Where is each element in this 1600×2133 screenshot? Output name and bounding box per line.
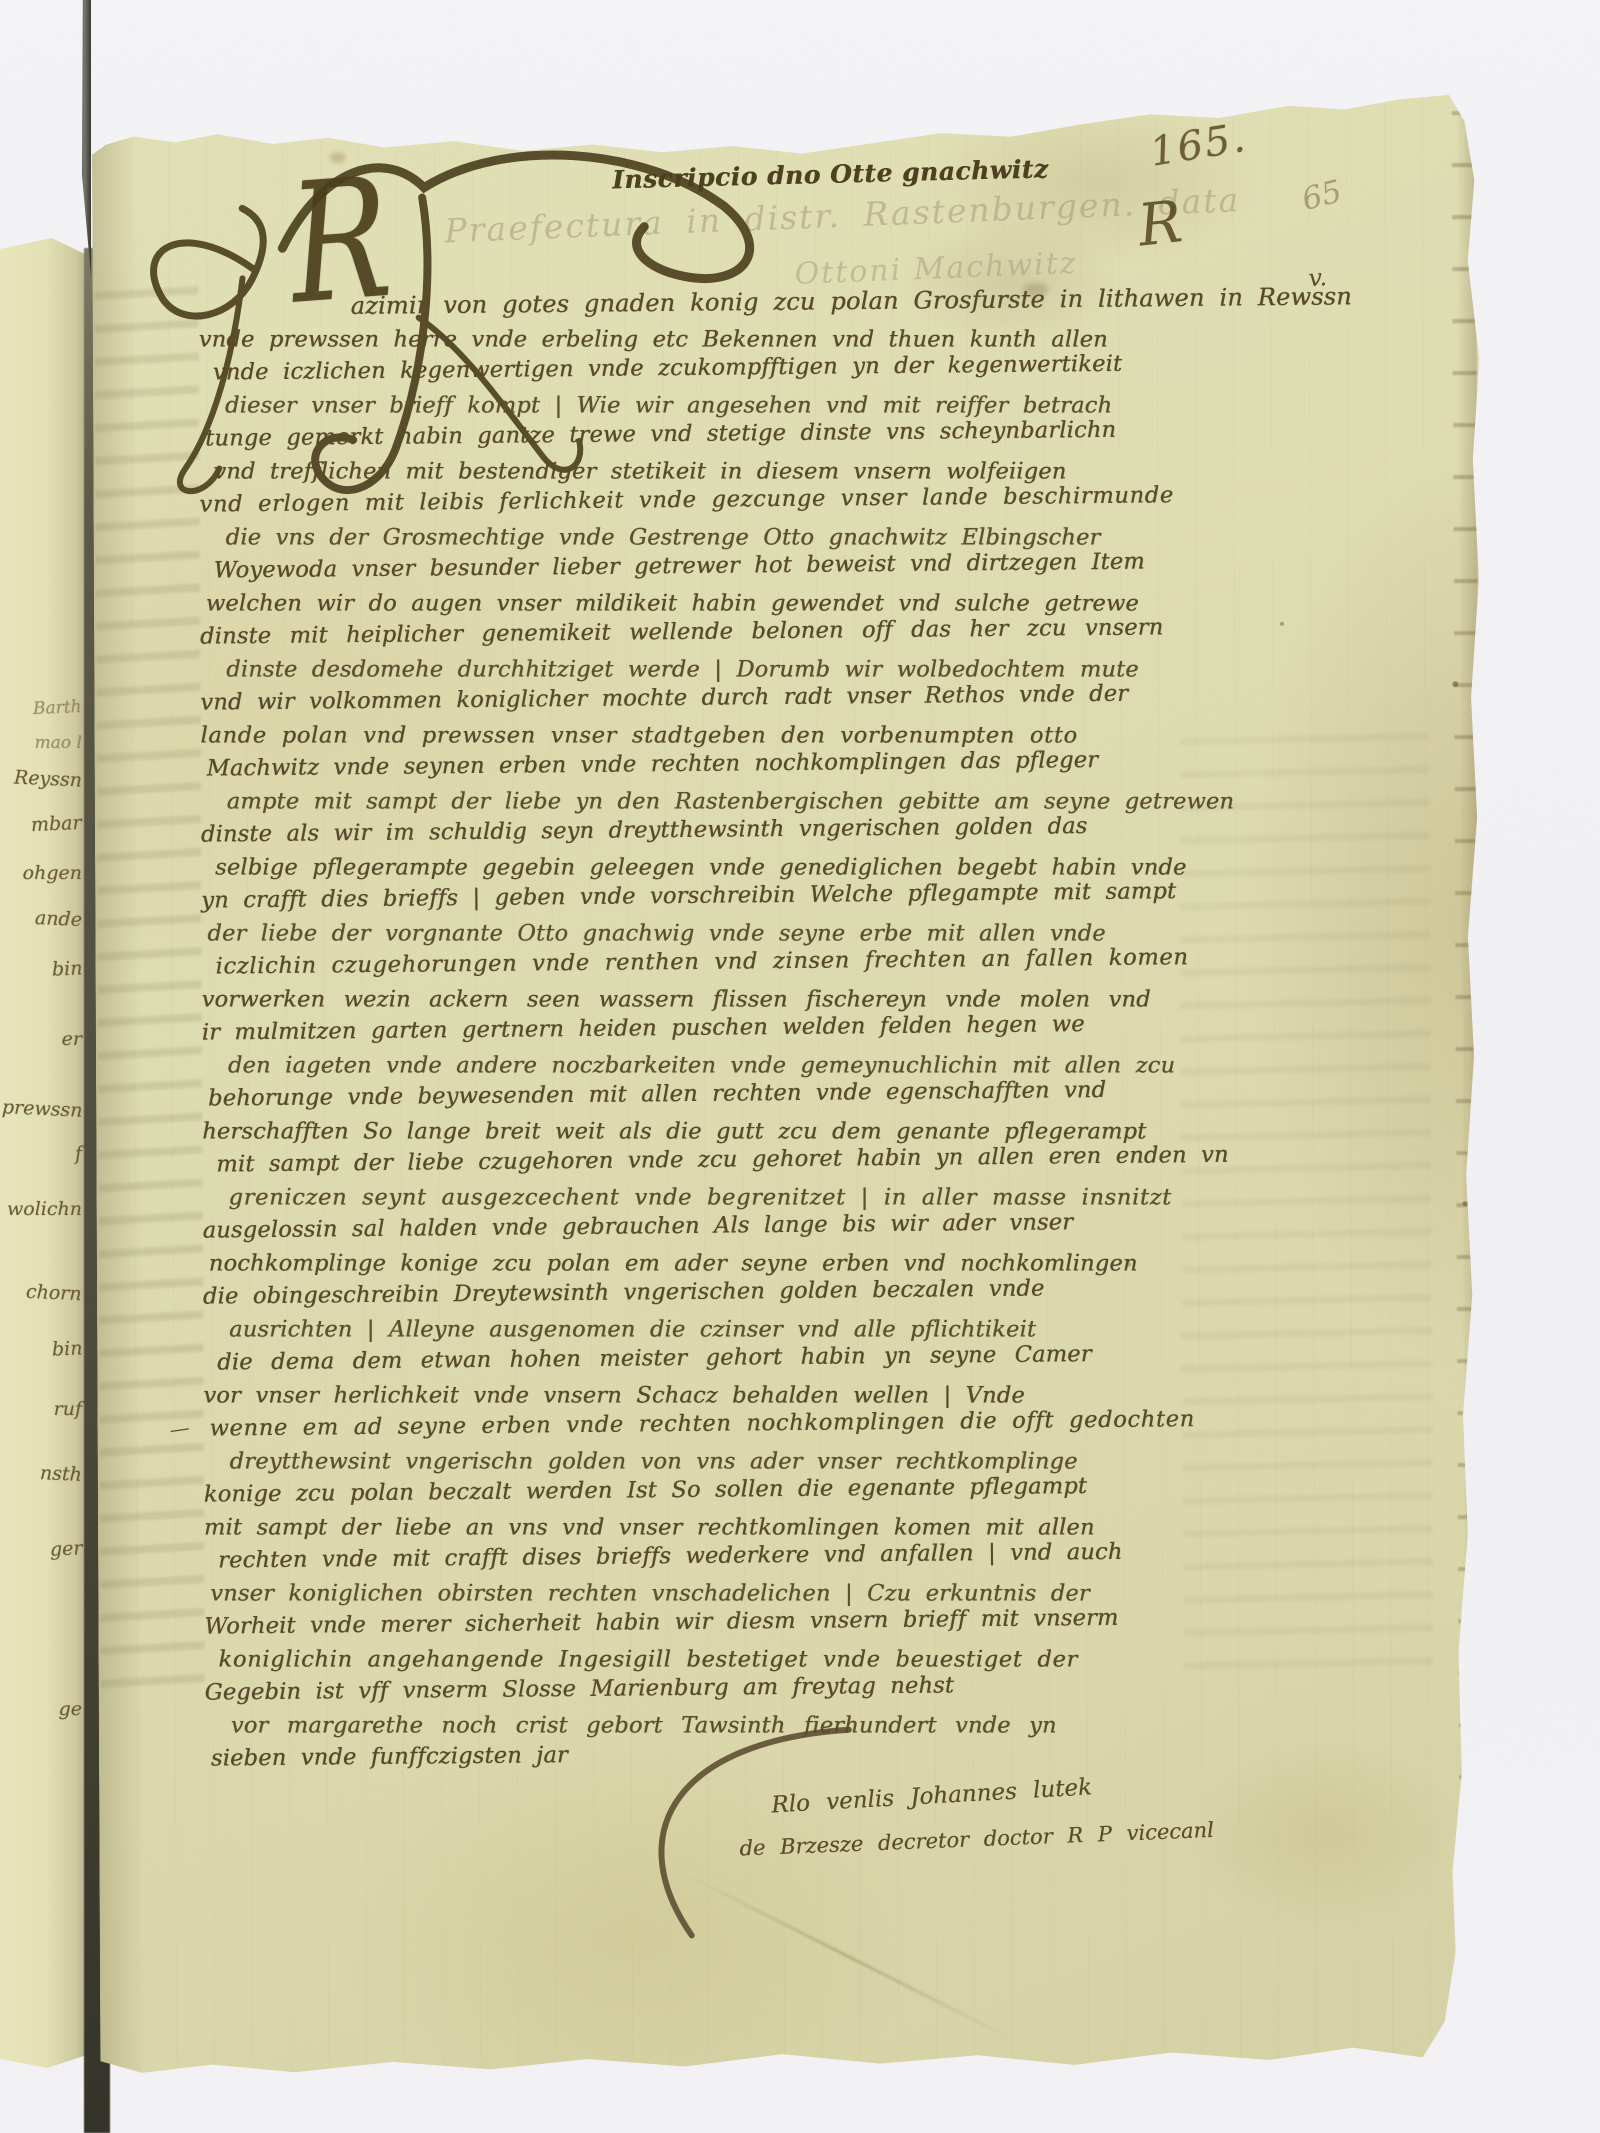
foxing-spot [1452, 681, 1458, 687]
facing-page-text-fragment: ohgen [23, 862, 82, 884]
facing-page-text-fragment: er [62, 1028, 82, 1050]
facing-page-text-fragment: ande [35, 907, 83, 931]
manuscript-scan: { "page": { "pencil_annotation": "Pflege… [0, 0, 1600, 2133]
margin-mark: — [168, 1416, 189, 1442]
facing-page-text-fragment: ruf [54, 1398, 82, 1420]
facing-page-text-fragment: ger [49, 1537, 82, 1560]
facing-page-text-fragment: prewssn [1, 1096, 82, 1121]
facing-page-text-fragment: bin [51, 957, 82, 980]
folio-number-faint: 65 [1298, 173, 1345, 218]
facing-page-text-fragment: nsth [40, 1462, 83, 1486]
ink-spot [848, 96, 854, 102]
line-end-swash-R: R [1135, 192, 1185, 254]
facing-page-text-fragment: chorn [26, 1281, 83, 1305]
manuscript-page: Pflegerampt Rastenburg Inscripcio dno Ot… [92, 81, 1493, 2077]
facing-page-text-fragment: wolichn [7, 1198, 82, 1220]
foxing-spot [1280, 622, 1284, 626]
facing-page-text-fragment: ge [59, 1698, 82, 1720]
body-text: azimir von gotes gnaden konig zcu polan … [199, 286, 1265, 1776]
pencil-annotation: Pflegerampt Rastenburg [689, 94, 1029, 139]
folio-number: 165. [1147, 115, 1250, 176]
facing-page-text-fragment: Barth [33, 697, 82, 719]
foxing-spot [1463, 1201, 1468, 1206]
facing-page-text-fragment: mao l [35, 733, 82, 753]
facing-page-text-fragment: Reyssn [14, 767, 83, 792]
signature-flourish [599, 1700, 860, 1961]
facing-page-text-fragment: bin [51, 1337, 82, 1360]
facing-page-text-fragment: f [74, 1143, 82, 1165]
facing-page-text-fragment: mbar [31, 812, 83, 836]
torn-edge-dirt [1452, 111, 1484, 2011]
facing-page-edge: Barthmao lReyssnmbarohgenandebinerprewss… [0, 238, 86, 2068]
